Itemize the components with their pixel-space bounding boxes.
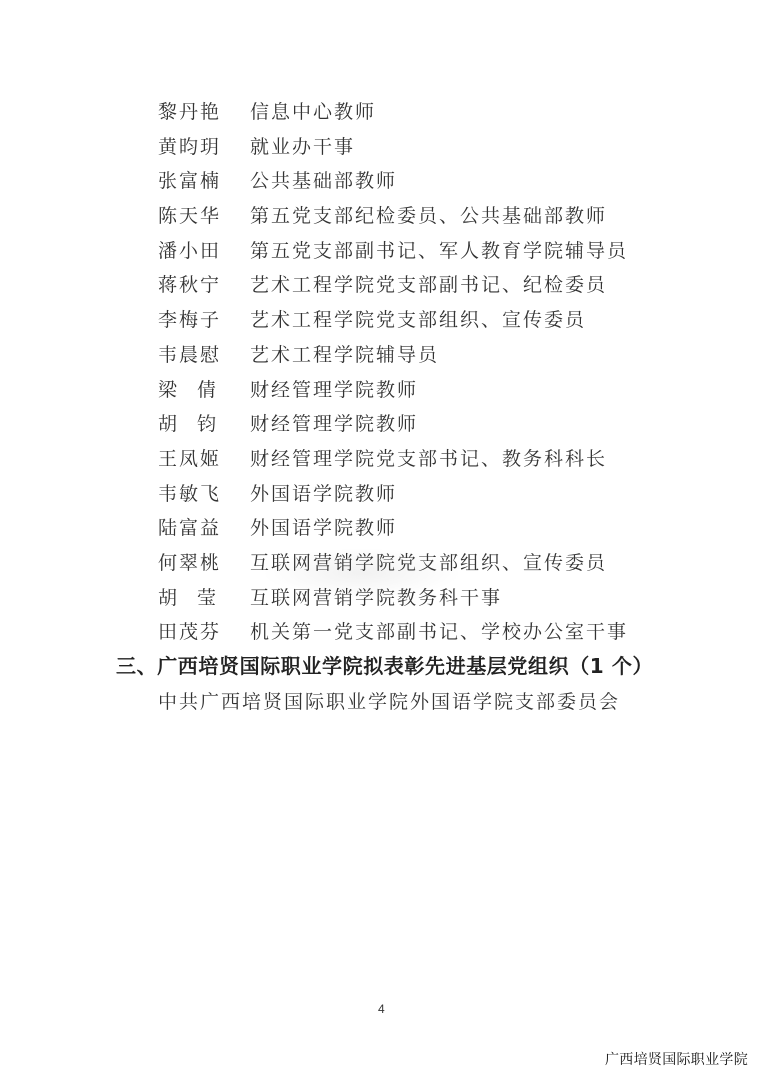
list-item: 王凤姬 财经管理学院党支部书记、教务科科长 <box>158 444 678 479</box>
person-role: 艺术工程学院党支部副书记、纪检委员 <box>250 270 607 300</box>
person-name: 黄昀玥 <box>158 132 238 162</box>
person-role: 财经管理学院教师 <box>250 375 418 405</box>
person-role: 艺术工程学院党支部组织、宣传委员 <box>250 305 586 335</box>
person-name: 张富楠 <box>158 166 238 196</box>
honoree-list: 黎丹艳 信息中心教师 黄昀玥 就业办干事 张富楠 公共基础部教师 陈天华 第五党… <box>158 97 678 652</box>
person-role: 互联网营销学院教务科干事 <box>250 583 502 613</box>
list-item: 张富楠 公共基础部教师 <box>158 166 678 201</box>
person-role: 第五党支部副书记、军人教育学院辅导员 <box>250 236 628 266</box>
person-role: 机关第一党支部副书记、学校办公室干事 <box>250 617 628 647</box>
list-item: 何翠桃 互联网营销学院党支部组织、宣传委员 <box>158 548 678 583</box>
person-name: 胡莹 <box>158 583 238 613</box>
list-item: 田茂芬 机关第一党支部副书记、学校办公室干事 <box>158 617 678 652</box>
list-item: 黄昀玥 就业办干事 <box>158 132 678 167</box>
person-role: 财经管理学院教师 <box>250 409 418 439</box>
section-item: 中共广西培贤国际职业学院外国语学院支部委员会 <box>158 687 620 717</box>
person-name: 黎丹艳 <box>158 97 238 127</box>
list-item: 李梅子 艺术工程学院党支部组织、宣传委员 <box>158 305 678 340</box>
person-name: 胡钧 <box>158 409 238 439</box>
person-role: 外国语学院教师 <box>250 479 397 509</box>
person-name: 王凤姬 <box>158 444 238 474</box>
person-name: 陈天华 <box>158 201 238 231</box>
person-name: 韦晨慰 <box>158 340 238 370</box>
footer-organization: 广西培贤国际职业学院 <box>605 1049 748 1069</box>
list-item: 陆富益 外国语学院教师 <box>158 513 678 548</box>
list-item: 梁倩 财经管理学院教师 <box>158 375 678 410</box>
page-number: 4 <box>378 1002 385 1016</box>
list-item: 韦晨慰 艺术工程学院辅导员 <box>158 340 678 375</box>
list-item: 胡钧 财经管理学院教师 <box>158 409 678 444</box>
person-name: 何翠桃 <box>158 548 238 578</box>
person-role: 信息中心教师 <box>250 97 376 127</box>
person-name: 梁倩 <box>158 375 238 405</box>
person-name: 陆富益 <box>158 513 238 543</box>
person-role: 互联网营销学院党支部组织、宣传委员 <box>250 548 607 578</box>
person-role: 艺术工程学院辅导员 <box>250 340 439 370</box>
section-heading: 三、广西培贤国际职业学院拟表彰先进基层党组织（1 个） <box>116 650 653 682</box>
person-name: 李梅子 <box>158 305 238 335</box>
person-name: 蒋秋宁 <box>158 270 238 300</box>
person-name: 田茂芬 <box>158 617 238 647</box>
person-name: 韦敏飞 <box>158 479 238 509</box>
person-role: 就业办干事 <box>250 132 355 162</box>
list-item: 陈天华 第五党支部纪检委员、公共基础部教师 <box>158 201 678 236</box>
document-page: 黎丹艳 信息中心教师 黄昀玥 就业办干事 张富楠 公共基础部教师 陈天华 第五党… <box>0 0 764 1080</box>
person-role: 公共基础部教师 <box>250 166 397 196</box>
person-role: 财经管理学院党支部书记、教务科科长 <box>250 444 607 474</box>
list-item: 潘小田 第五党支部副书记、军人教育学院辅导员 <box>158 236 678 271</box>
person-role: 外国语学院教师 <box>250 513 397 543</box>
list-item: 胡莹 互联网营销学院教务科干事 <box>158 583 678 618</box>
list-item: 韦敏飞 外国语学院教师 <box>158 479 678 514</box>
list-item: 黎丹艳 信息中心教师 <box>158 97 678 132</box>
list-item: 蒋秋宁 艺术工程学院党支部副书记、纪检委员 <box>158 270 678 305</box>
person-name: 潘小田 <box>158 236 238 266</box>
person-role: 第五党支部纪检委员、公共基础部教师 <box>250 201 607 231</box>
